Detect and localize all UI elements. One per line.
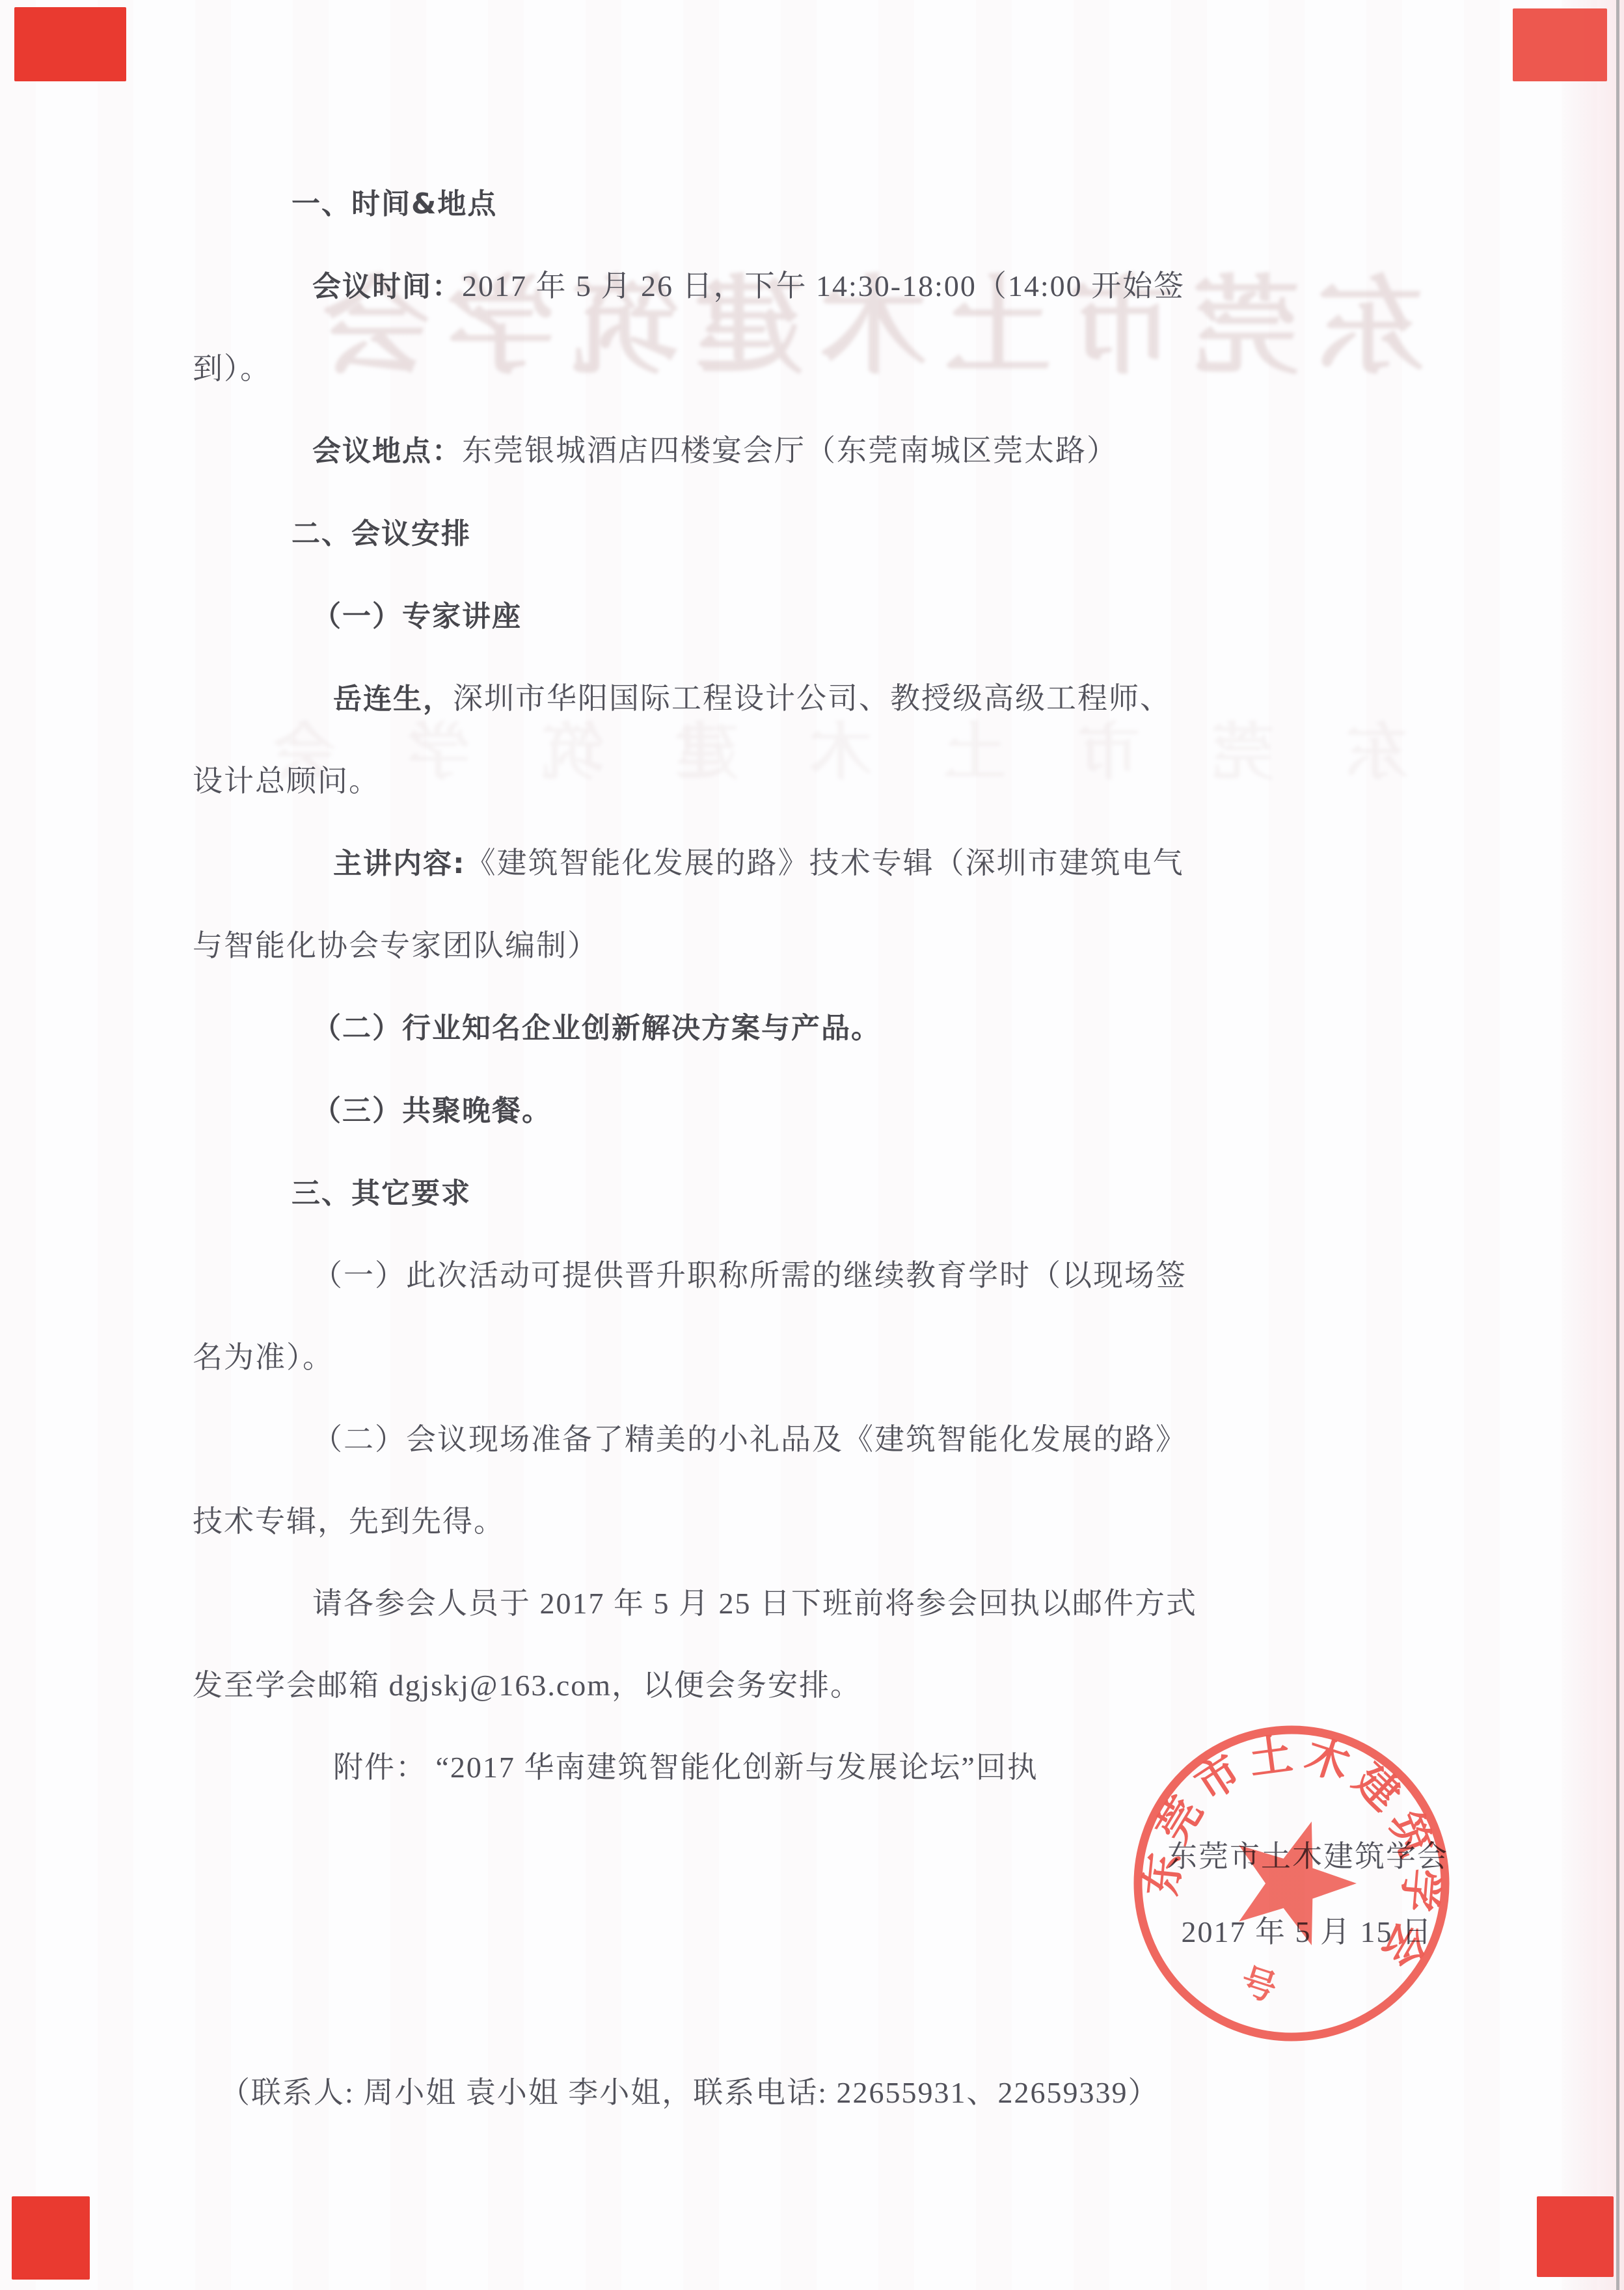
requirement-2-cont: 技术专辑，先到先得。 — [193, 1481, 1448, 1563]
agenda-item-1: （一）专家讲座 — [193, 575, 1448, 658]
meeting-time-line-cont: 到）。 — [193, 328, 1448, 410]
requirement-1-cont: 名为准）。 — [193, 1317, 1448, 1399]
scan-mark-top-right — [1513, 8, 1607, 81]
signature-block: 东莞市土木建筑学会 2017 年 5 月 15 日 — [193, 1819, 1448, 1970]
meeting-time-value: 2017 年 5 月 26 日，下午 14:30-18:00（14:00 开始签 — [462, 269, 1185, 303]
speaker-line: 岳连生，深圳市华阳国际工程设计公司、教授级高级工程师、 — [193, 658, 1448, 740]
section-2-heading-text: 二、会议安排 — [291, 517, 471, 550]
scan-edge-pink-wash — [1562, 0, 1624, 2290]
speaker-title: 深圳市华阳国际工程设计公司、教授级高级工程师、 — [453, 682, 1171, 715]
requirement-2-line: （二）会议现场准备了精美的小礼品及《建筑智能化发展的路》 — [193, 1399, 1448, 1481]
meeting-place-line: 会议地点：东莞银城酒店四楼宴会厅（东莞南城区莞太路） — [193, 410, 1448, 492]
lecture-topic-label: 主讲内容: — [333, 847, 466, 880]
attachment-title: “2017 华南建筑智能化创新与发展论坛”回执 — [427, 1751, 1038, 1784]
requirement-1-line: （一）此次活动可提供晋升职称所需的继续教育学时（以现场签 — [193, 1235, 1448, 1317]
lecture-topic-cont: 与智能化协会专家团队编制） — [193, 905, 1448, 987]
meeting-time-line: 会议时间：2017 年 5 月 26 日，下午 14:30-18:00（14:0… — [193, 245, 1448, 328]
signature-date: 2017 年 5 月 15 日 — [193, 1894, 1448, 1970]
section-1-heading: 一、时间&地点 — [193, 163, 1448, 245]
contact-line: （联系人: 周小姐 袁小姐 李小姐，联系电话: 22655931、2265933… — [193, 2052, 1448, 2134]
scan-mark-bottom-left — [12, 2196, 90, 2280]
meeting-place-label: 会议地点： — [312, 435, 462, 468]
requirement-2-text: （二）会议现场准备了精美的小礼品及《建筑智能化发展的路》 — [312, 1423, 1187, 1456]
attachment-line: 附件： “2017 华南建筑智能化创新与发展论坛”回执 — [193, 1727, 1448, 1809]
meeting-place-value: 东莞银城酒店四楼宴会厅（东莞南城区莞太路） — [462, 434, 1118, 467]
agenda-item-2-text: （二）行业知名企业创新解决方案与产品。 — [312, 1012, 881, 1045]
section-1-heading-text: 一、时间&地点 — [291, 187, 497, 221]
speaker-line-cont: 设计总顾问。 — [193, 740, 1448, 822]
scan-mark-top-left — [14, 7, 126, 81]
reply-instruction-cont: 发至学会邮箱 dgjskj@163.com，以便会务安排。 — [193, 1645, 1448, 1727]
meeting-time-cont-text: 到）。 — [193, 352, 271, 385]
speaker-name: 岳连生， — [333, 682, 453, 716]
agenda-item-3-text: （三）共聚晚餐。 — [312, 1094, 552, 1127]
section-3-heading: 三、其它要求 — [193, 1152, 1448, 1235]
scan-edge-line — [1616, 0, 1619, 2290]
attachment-label: 附件： — [333, 1751, 427, 1784]
requirement-1-text: （一）此次活动可提供晋升职称所需的继续教育学时（以现场签 — [312, 1259, 1187, 1292]
document-body: 一、时间&地点 会议时间：2017 年 5 月 26 日，下午 14:30-18… — [193, 163, 1448, 2134]
agenda-item-2: （二）行业知名企业创新解决方案与产品。 — [193, 987, 1448, 1070]
agenda-item-1-text: （一）专家讲座 — [312, 600, 522, 633]
scan-mark-bottom-right — [1537, 2196, 1614, 2277]
requirement-2-cont-text: 技术专辑，先到先得。 — [193, 1505, 505, 1538]
requirement-1-cont-text: 名为准）。 — [193, 1341, 334, 1374]
scanned-document-page: { "page": { "width": 2496, "height": 352… — [0, 0, 1624, 2290]
section-3-heading-text: 三、其它要求 — [291, 1177, 471, 1210]
speaker-cont-text: 设计总顾问。 — [193, 764, 380, 798]
meeting-time-label: 会议时间： — [312, 270, 462, 303]
reply-instruction-line: 请各参会人员于 2017 年 5 月 25 日下班前将参会回执以邮件方式 — [193, 1563, 1448, 1645]
reply-email-text: 发至学会邮箱 dgjskj@163.com，以便会务安排。 — [193, 1669, 861, 1702]
reply-instruction-text: 请各参会人员于 2017 年 5 月 25 日下班前将参会回执以邮件方式 — [312, 1587, 1197, 1620]
lecture-topic-cont-text: 与智能化协会专家团队编制） — [193, 929, 599, 962]
lecture-topic-line: 主讲内容:《建筑智能化发展的路》技术专辑（深圳市建筑电气 — [193, 822, 1448, 905]
lecture-topic-value: 《建筑智能化发展的路》技术专辑（深圳市建筑电气 — [466, 846, 1184, 880]
section-2-heading: 二、会议安排 — [193, 492, 1448, 575]
agenda-item-3: （三）共聚晚餐。 — [193, 1070, 1448, 1152]
signature-org: 东莞市土木建筑学会 — [193, 1819, 1448, 1894]
